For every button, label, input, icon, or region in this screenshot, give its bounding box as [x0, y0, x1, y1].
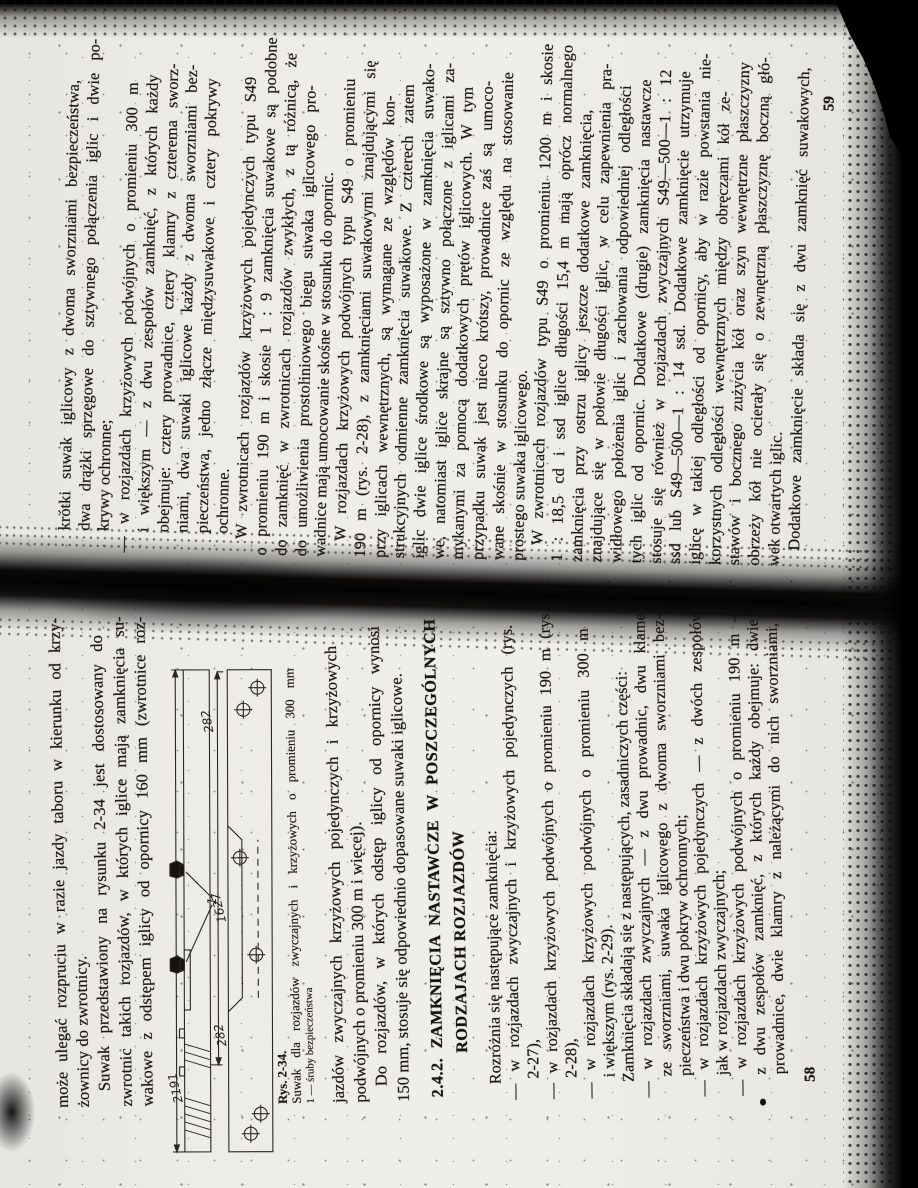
figure-callout-1: 1	[205, 897, 219, 905]
scan-smudge-top-left	[0, 1070, 36, 1154]
figure-rys-2-34: 2191 1627 282 282 1	[165, 658, 287, 1160]
page-59: krótki suwak iglicowy z dwoma sworzniami…	[0, 0, 918, 594]
page-59-text: krótki suwak iglicowy z dwoma sworzniami…	[55, 33, 66, 551]
page-58-content: może ulegać rozpruciu w razie jazdy tabo…	[0, 579, 918, 1188]
text-line: — w rozjazdach krzyżowych podwójnych o p…	[535, 609, 563, 1100]
section-heading-2-4-2: 2.4.2. ZAMKNIĘCIA NASTAWCZE W POSZCZEGÓL…	[421, 618, 448, 1097]
text-line: 2-27),	[524, 1039, 544, 1079]
figure-dim-end-b: 282	[198, 709, 216, 734]
figure-caption-legend: 1 — śruby bezpieczeństwa	[303, 987, 317, 1103]
text-line: — w rozjazdach krzyżowych podwójnych o p…	[573, 628, 600, 1099]
page-number-59: 59	[821, 96, 838, 111]
text-line: żownicy do zwrotnicy.	[72, 956, 94, 1108]
book-spread-rotated: może ulegać rozpruciu w razie jazdy tabo…	[0, 0, 918, 1188]
page-58: może ulegać rozpruciu w razie jazdy tabo…	[0, 594, 918, 1188]
page-edge-shadow-bottom	[843, 0, 918, 1188]
section-heading-line2: RODZAJACH ROZJAZDÓW	[449, 831, 472, 1054]
figure-dim-middle: 1627	[208, 891, 229, 924]
ink-spot	[760, 1099, 766, 1106]
figure-dim-end-a: 282	[211, 1023, 229, 1048]
slide-bar-technical-drawing: 2191 1627 282 282 1	[165, 658, 287, 1160]
page-58-list-bottom: Rozróżnia się następujące zamknięcia:— w…	[478, 611, 487, 1101]
page-58-paragraphs-mid: jazdów zwyczajnych krzyżowych pojedynczy…	[320, 613, 329, 1103]
scanned-book-screenshot: może ulegać rozpruciu w razie jazdy tabo…	[0, 0, 918, 1188]
text-line: podwójnych o promieniu 300 m i więcej).	[346, 821, 370, 1102]
page-edge-shadow-right	[0, 0, 918, 38]
page-number-58: 58	[802, 1067, 819, 1082]
text-line: 150 mm, stosuje się odpowiednio dopasowa…	[386, 673, 412, 1102]
page-59-content: krótki suwak iglicowy z dwoma sworzniami…	[0, 0, 918, 612]
text-line: może ulegać rozpruciu w razie jazdy tabo…	[44, 618, 72, 1108]
text-line: 2-28),	[562, 1038, 582, 1078]
book-fold-dark-smudge	[30, 550, 450, 636]
text-line: krywy ochronne;	[95, 419, 116, 531]
text-line: ochronne.	[213, 468, 233, 534]
text-line: Dodatkowe zamknięcie składa się z dwu za…	[785, 67, 814, 551]
page-58-paragraphs-top: może ulegać rozpruciu w razie jazdy tabo…	[44, 618, 53, 1108]
text-line: jazdów zwyczajnych krzyżowych pojedynczy…	[321, 646, 348, 1104]
